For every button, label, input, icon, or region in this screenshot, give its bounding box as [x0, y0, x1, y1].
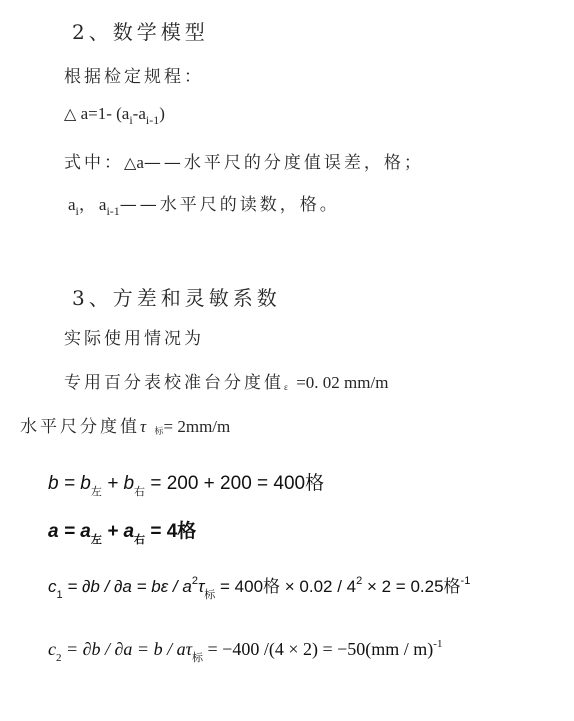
tau-symbol: τ: [140, 417, 146, 436]
eq-c1-value: = 400格 × 0.02 / 4: [215, 577, 356, 596]
where-var: a: [136, 153, 144, 172]
where-desc: ——水平尺的分度值误差，格；: [144, 153, 424, 173]
equation-a: a = a左 + a右 = 4格: [48, 516, 196, 547]
eq-c2-exp: -1: [433, 638, 442, 650]
where-prefix: 式中：: [64, 153, 124, 173]
epsilon-symbol: ε: [284, 382, 288, 392]
where-delta-line: 式中：△a——水平尺的分度值误差，格；: [64, 148, 424, 173]
eq-a-var: a: [48, 521, 59, 542]
level-division-line: 水平尺分度值τ 标= 2mm/m: [20, 412, 230, 437]
eq-c2-var: c: [48, 639, 56, 659]
delta-icon: △: [124, 153, 136, 172]
formula-lhs: a=1-: [81, 104, 112, 123]
eq-c1-expr: = ∂b / ∂a = bε / a: [63, 577, 192, 596]
eq-c1-var: c: [48, 577, 57, 596]
eq-c1-tau-sub: 标: [204, 589, 215, 601]
eq-b-rest: = b: [59, 473, 91, 494]
formula-delta-a: △ a=1- (ai-ai-1): [64, 104, 165, 128]
vars-desc: ——水平尺的读数，格。: [120, 195, 340, 215]
eq-b-plus: + b: [102, 473, 134, 494]
eq-b-sub-left: 左: [91, 486, 102, 498]
var-sub-i-1: i-1: [106, 204, 119, 218]
actual-usage-intro: 实际使用情况为: [64, 324, 204, 349]
calibration-table-line: 专用百分表校准台分度值ε =0. 02 mm/m: [64, 368, 388, 393]
formula-minus: -a: [133, 104, 146, 123]
formula-close: ): [159, 104, 165, 123]
section-2-heading: 2、数学模型: [72, 16, 209, 45]
equation-c1: c1 = ∂b / ∂a = bε / a2τ标 = 400格 × 0.02 /…: [48, 572, 470, 602]
formula-open: (a: [116, 104, 129, 123]
calibration-text: 专用百分表校准台分度值: [64, 373, 284, 393]
section-3-heading: 3、方差和灵敏系数: [72, 282, 281, 311]
eq-c2-value: = −400 /(4 × 2) = −50(mm / m): [203, 639, 433, 659]
calibration-value: =0. 02 mm/m: [296, 373, 388, 392]
formula-sub-i-1: i-1: [146, 113, 159, 127]
eq-a-sub-left: 左: [91, 534, 102, 546]
eq-a-plus: + a: [102, 521, 134, 542]
delta-icon: △: [64, 104, 76, 123]
eq-c1-exp: -1: [461, 575, 471, 587]
eq-a-rest: = a: [59, 521, 91, 542]
equation-b: b = b左 + b右 = 200 + 200 = 400格: [48, 468, 324, 499]
regulation-intro: 根据检定规程：: [64, 62, 204, 87]
var-a: a: [68, 195, 76, 214]
eq-c1-value2: × 2 = 0.25格: [362, 577, 460, 596]
level-text: 水平尺分度值: [20, 417, 140, 437]
tau-subscript: 标: [155, 427, 164, 437]
eq-a-value: = 4格: [145, 521, 196, 542]
equation-c2: c2 = ∂b / ∂a = b / aτ标 = −400 /(4 × 2) =…: [48, 638, 442, 665]
where-reading-line: ai，ai-1——水平尺的读数，格。: [68, 190, 340, 219]
eq-b-var: b: [48, 473, 59, 494]
eq-a-sub-right: 右: [134, 534, 145, 546]
eq-b-sub-right: 右: [134, 486, 145, 498]
eq-c2-expr: = ∂b / ∂a = b / aτ: [62, 639, 193, 659]
eq-c2-tau-sub: 标: [192, 652, 203, 664]
level-value: = 2mm/m: [164, 417, 231, 436]
eq-b-value: = 200 + 200 = 400格: [145, 473, 324, 494]
var-sep: ，: [79, 195, 99, 215]
